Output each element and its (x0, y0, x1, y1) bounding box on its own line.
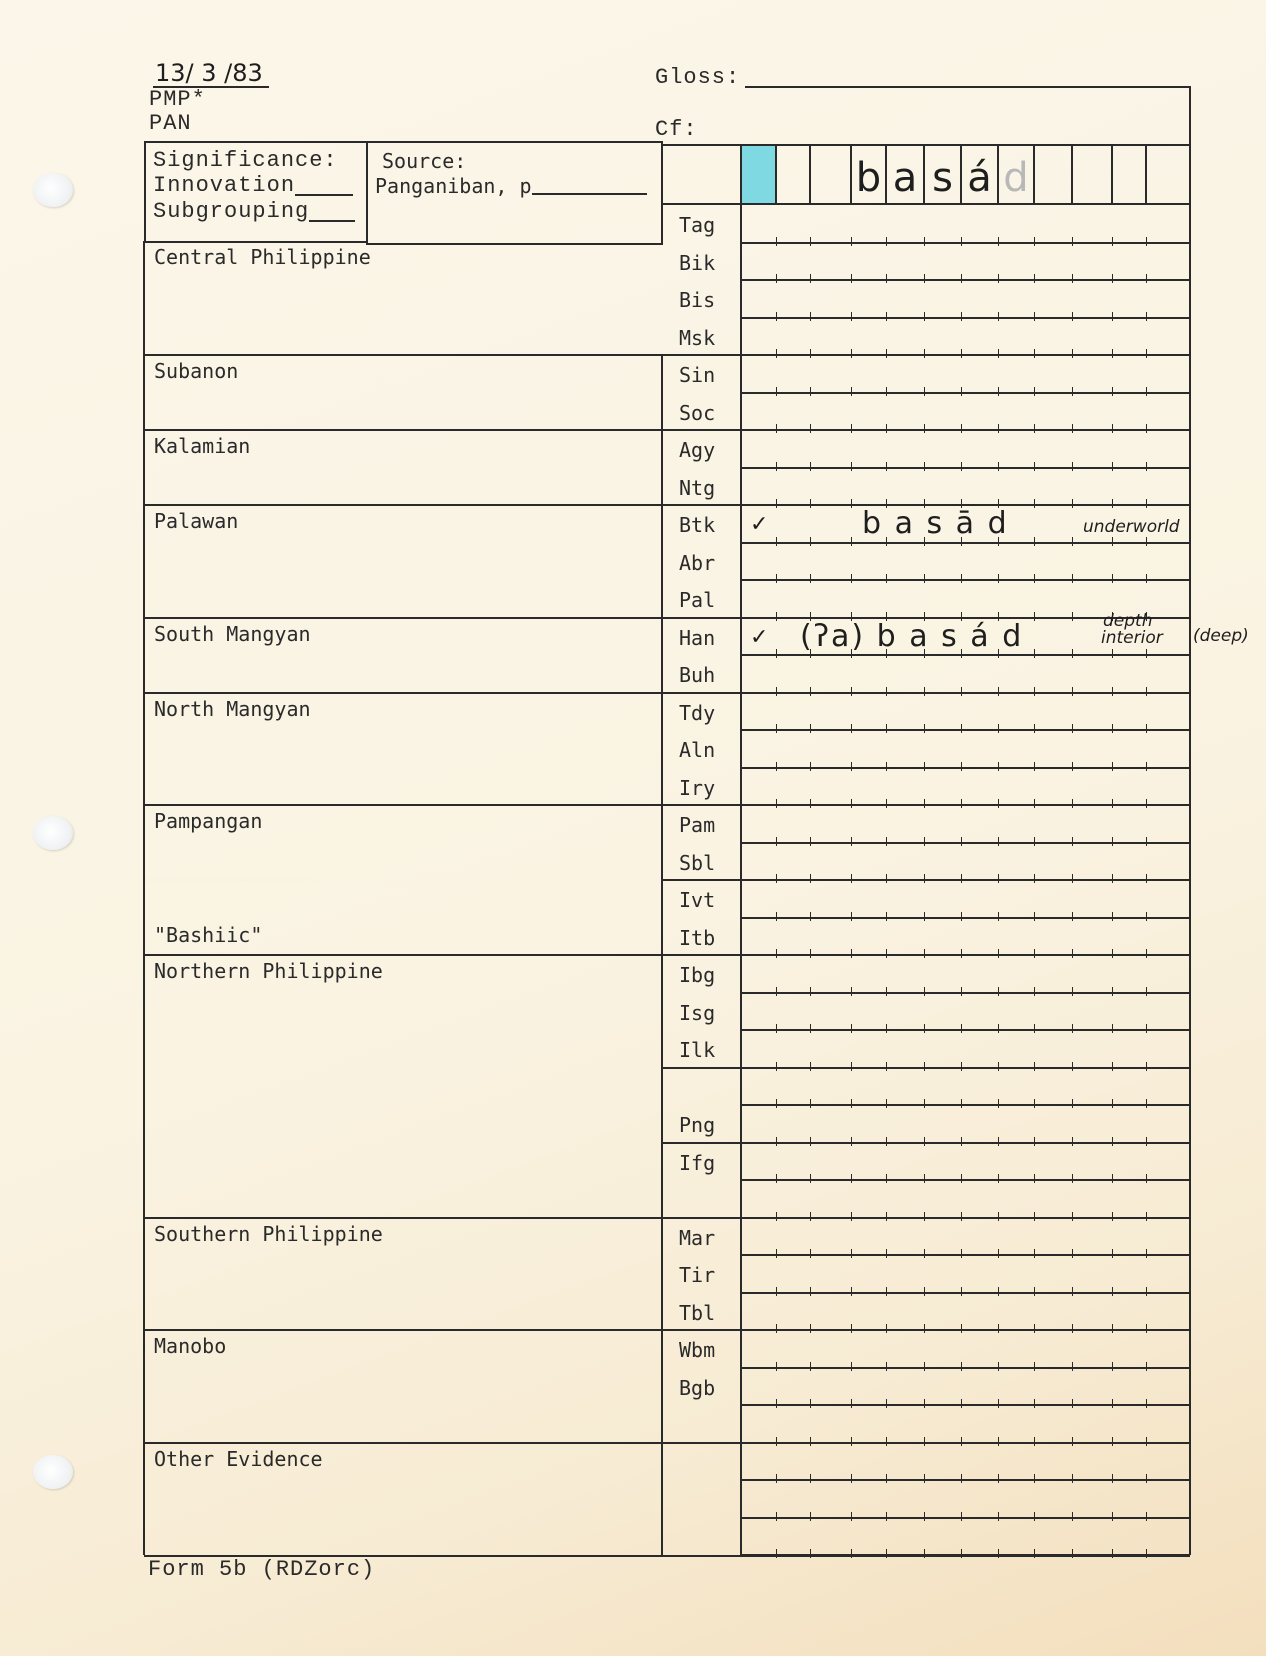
row-tick (776, 274, 777, 283)
row-tick (961, 799, 962, 808)
row-tick (1072, 1024, 1073, 1033)
row-tick (851, 874, 852, 883)
row-tick (1034, 1212, 1035, 1221)
row-tick (810, 424, 811, 433)
row-tick (961, 462, 962, 471)
row-tick (1034, 1362, 1035, 1371)
source-field[interactable]: Panganiban, p (375, 174, 647, 198)
row-tick (776, 1512, 777, 1521)
row-tick (851, 1512, 852, 1521)
group-divider (144, 804, 741, 806)
row-tick (1034, 649, 1035, 658)
code-column-divider (661, 618, 663, 693)
row-tick (998, 1287, 999, 1296)
code-subdivider (662, 1142, 741, 1144)
row-tick (924, 1549, 925, 1558)
row-tick (1034, 724, 1035, 733)
entry-row-line (741, 954, 1190, 956)
row-tick (998, 949, 999, 958)
row-tick (1112, 687, 1113, 696)
row-tick (1146, 462, 1147, 471)
row-tick (776, 912, 777, 921)
row-tick (961, 274, 962, 283)
row-tick (810, 1474, 811, 1483)
row-tick (1072, 237, 1073, 246)
row-tick (961, 912, 962, 921)
row-tick (810, 1362, 811, 1371)
row-tick (1112, 1212, 1113, 1221)
row-tick (886, 1399, 887, 1408)
row-tick (1146, 1137, 1147, 1146)
row-tick (1146, 1474, 1147, 1483)
entry-row-line (741, 279, 1190, 281)
row-tick (924, 987, 925, 996)
source-page-blank[interactable] (532, 193, 647, 195)
row-tick (810, 1399, 811, 1408)
row-tick (1034, 687, 1035, 696)
row-tick (998, 762, 999, 771)
row-tick (886, 1212, 887, 1221)
row-tick (924, 1287, 925, 1296)
row-tick (1072, 1249, 1073, 1258)
row-tick (998, 1024, 999, 1033)
row-tick (810, 574, 811, 583)
row-tick (1146, 499, 1147, 508)
row-tick (998, 724, 999, 733)
entry-row-line (741, 242, 1190, 244)
row-tick (1072, 312, 1073, 321)
row-tick (1112, 462, 1113, 471)
row-tick (1146, 1174, 1147, 1183)
row-tick (961, 987, 962, 996)
row-tick (1146, 1024, 1147, 1033)
significance-title: Significance: (153, 149, 338, 173)
row-tick (776, 537, 777, 546)
row-tick (1112, 1137, 1113, 1146)
row-tick (851, 312, 852, 321)
row-tick (810, 799, 811, 808)
row-tick (851, 1287, 852, 1296)
entry-row-line (741, 1517, 1190, 1519)
hole-punch-top (33, 173, 73, 207)
row-tick (1146, 1399, 1147, 1408)
row-tick (886, 1362, 887, 1371)
row-tick (1146, 1437, 1147, 1446)
entry-row-line (741, 1479, 1190, 1481)
row-tick (1072, 874, 1073, 883)
language-code: Ivt (679, 888, 715, 912)
entry-row-line (741, 692, 1190, 694)
row-tick (1034, 1287, 1035, 1296)
row-tick (886, 1512, 887, 1521)
row-tick (961, 237, 962, 246)
reconstruction-letter: á (961, 158, 998, 198)
innovation-label: Innovation (153, 174, 295, 198)
merged-cell-mask (145, 878, 661, 882)
row-tick (1034, 912, 1035, 921)
row-tick (1146, 1062, 1147, 1071)
row-tick (961, 1287, 962, 1296)
row-tick (1112, 949, 1113, 958)
row-tick (810, 1062, 811, 1071)
row-tick (851, 387, 852, 396)
row-tick (924, 1512, 925, 1521)
row-tick (924, 387, 925, 396)
row-tick (851, 799, 852, 808)
row-tick (1112, 987, 1113, 996)
group-divider (144, 1329, 741, 1331)
language-code: Aln (679, 738, 715, 762)
row-tick (1112, 499, 1113, 508)
row-tick (1112, 799, 1113, 808)
row-tick (851, 949, 852, 958)
row-tick (810, 387, 811, 396)
row-tick (1072, 499, 1073, 508)
row-tick (1146, 874, 1147, 883)
subgrouping-field[interactable]: Subgrouping (153, 200, 355, 224)
row-tick (1034, 1549, 1035, 1558)
row-tick (1112, 1437, 1113, 1446)
check-mark: ✓ (750, 626, 768, 650)
row-tick (1112, 912, 1113, 921)
row-tick (1034, 312, 1035, 321)
row-tick (776, 462, 777, 471)
row-tick (924, 424, 925, 433)
row-tick (1072, 1512, 1073, 1521)
row-tick (998, 312, 999, 321)
language-code: Pal (679, 588, 715, 612)
gloss-field[interactable] (745, 64, 1190, 88)
row-tick (1072, 349, 1073, 358)
row-tick (1072, 1212, 1073, 1221)
row-tick (886, 1437, 887, 1446)
row-tick (851, 1062, 852, 1071)
entry-row-line (741, 992, 1190, 994)
row-tick (851, 237, 852, 246)
language-code: Ifg (679, 1151, 715, 1175)
row-tick (1034, 1437, 1035, 1446)
row-tick (1034, 1474, 1035, 1483)
row-tick (1112, 537, 1113, 546)
row-tick (776, 387, 777, 396)
source-label: Source: (382, 149, 466, 173)
row-tick (961, 1174, 962, 1183)
proto-level-pan: PAN (149, 112, 192, 136)
row-tick (1034, 1324, 1035, 1333)
row-tick (1112, 1512, 1113, 1521)
group-divider (144, 429, 741, 431)
row-tick (924, 462, 925, 471)
entry-row-line (741, 542, 1190, 544)
row-tick (810, 1549, 811, 1558)
row-tick (776, 987, 777, 996)
row-tick (851, 537, 852, 546)
row-tick (961, 1249, 962, 1258)
row-tick (998, 1099, 999, 1108)
row-tick (810, 349, 811, 358)
group-name: Manobo (154, 1334, 226, 1358)
row-tick (998, 912, 999, 921)
row-tick (776, 799, 777, 808)
entry-row-line (741, 1217, 1190, 1219)
row-tick (1146, 1099, 1147, 1108)
row-tick (1072, 537, 1073, 546)
row-tick (1146, 274, 1147, 283)
group-divider (144, 1442, 741, 1444)
cf-label: Cf: (655, 118, 698, 142)
group-name: Subanon (154, 359, 238, 383)
row-tick (886, 387, 887, 396)
row-tick (886, 1174, 887, 1183)
row-tick (851, 687, 852, 696)
row-tick (1146, 912, 1147, 921)
row-tick (851, 574, 852, 583)
group-name: Southern Philippine (154, 1222, 383, 1246)
row-tick (886, 274, 887, 283)
row-tick (810, 837, 811, 846)
row-tick (1072, 1362, 1073, 1371)
row-tick (924, 1399, 925, 1408)
row-tick (1112, 837, 1113, 846)
cognate-gloss: interior (1101, 629, 1163, 647)
entry-row-line (741, 729, 1190, 731)
row-tick (961, 1437, 962, 1446)
row-tick (961, 1062, 962, 1071)
row-tick (924, 1062, 925, 1071)
row-tick (886, 424, 887, 433)
row-tick (776, 649, 777, 658)
innovation-blank[interactable] (295, 194, 353, 196)
entry-row-line (741, 1142, 1190, 1144)
row-tick (1072, 1287, 1073, 1296)
row-tick (924, 1362, 925, 1371)
row-tick (1034, 1512, 1035, 1521)
row-tick (1146, 537, 1147, 546)
row-tick (886, 1024, 887, 1033)
row-tick (810, 687, 811, 696)
row-tick (1034, 799, 1035, 808)
row-tick (1034, 1174, 1035, 1183)
row-tick (886, 912, 887, 921)
row-tick (961, 1362, 962, 1371)
row-tick (1112, 649, 1113, 658)
row-tick (1146, 1249, 1147, 1258)
group-name: Central Philippine (154, 245, 371, 269)
row-tick (1112, 1062, 1113, 1071)
row-tick (924, 1024, 925, 1033)
row-tick (961, 762, 962, 771)
row-tick (1072, 987, 1073, 996)
row-tick (1146, 799, 1147, 808)
row-tick (886, 1474, 887, 1483)
row-tick (776, 574, 777, 583)
row-tick (776, 1024, 777, 1033)
row-tick (924, 762, 925, 771)
row-tick (776, 1062, 777, 1071)
row-tick (776, 724, 777, 733)
cognate-form: b a s ā d (862, 507, 1009, 541)
language-code: Han (679, 626, 715, 650)
row-tick (1112, 237, 1113, 246)
row-tick (810, 912, 811, 921)
code-column-divider (661, 1330, 663, 1443)
code-column-divider (661, 1443, 663, 1556)
row-tick (1034, 387, 1035, 396)
row-tick (776, 1249, 777, 1258)
row-tick (776, 1549, 777, 1558)
row-tick (998, 687, 999, 696)
language-code: Bis (679, 288, 715, 312)
row-tick (810, 537, 811, 546)
code-column-divider (661, 880, 663, 955)
cognate-gloss: underworld (1083, 517, 1180, 537)
row-tick (776, 1324, 777, 1333)
row-tick (886, 1287, 887, 1296)
row-tick (886, 987, 887, 996)
row-tick (886, 574, 887, 583)
row-tick (1112, 1474, 1113, 1483)
row-tick (776, 312, 777, 321)
row-tick (998, 1399, 999, 1408)
row-tick (1112, 874, 1113, 883)
reconstruction-letter: b (851, 158, 886, 198)
row-tick (1146, 1549, 1147, 1558)
entry-row-line (741, 317, 1190, 319)
row-tick (1034, 1399, 1035, 1408)
row-tick (1072, 649, 1073, 658)
row-tick (924, 1212, 925, 1221)
code-subdivider (662, 1067, 741, 1069)
row-tick (961, 1474, 962, 1483)
row-tick (851, 1099, 852, 1108)
entry-row-line (741, 1067, 1190, 1069)
innovation-field[interactable]: Innovation (153, 174, 353, 198)
code-column-divider (661, 1218, 663, 1331)
row-tick (1146, 949, 1147, 958)
row-tick (961, 1024, 962, 1033)
row-tick (776, 1174, 777, 1183)
language-code: Btk (679, 513, 715, 537)
row-tick (851, 1174, 852, 1183)
row-tick (1034, 1137, 1035, 1146)
source-value: Panganiban, p (375, 174, 532, 198)
group-divider (144, 954, 741, 956)
group-name: Pampangan (154, 809, 262, 833)
reconstruction-letter: s (924, 158, 961, 198)
subgrouping-label: Subgrouping (153, 200, 309, 224)
row-tick (851, 499, 852, 508)
row-tick (886, 799, 887, 808)
row-tick (961, 1549, 962, 1558)
row-tick (810, 1249, 811, 1258)
row-tick (998, 237, 999, 246)
language-code: Itb (679, 926, 715, 950)
cell-divider (740, 144, 742, 204)
row-tick (1034, 1062, 1035, 1071)
language-code: Sin (679, 363, 715, 387)
row-tick (886, 1099, 887, 1108)
group-divider (144, 617, 741, 619)
row-tick (810, 462, 811, 471)
row-tick (961, 949, 962, 958)
row-tick (1072, 274, 1073, 283)
entry-row-line (741, 767, 1190, 769)
language-code: Wbm (679, 1338, 715, 1362)
row-tick (1072, 912, 1073, 921)
row-tick (998, 1174, 999, 1183)
row-tick (886, 687, 887, 696)
row-tick (1034, 837, 1035, 846)
row-tick (851, 1249, 852, 1258)
row-tick (810, 1099, 811, 1108)
row-tick (810, 1324, 811, 1333)
row-tick (810, 1212, 811, 1221)
row-tick (851, 274, 852, 283)
entry-row-line (741, 917, 1190, 919)
row-tick (810, 237, 811, 246)
row-tick (886, 1137, 887, 1146)
language-code: Tdy (679, 701, 715, 725)
row-tick (998, 1549, 999, 1558)
row-tick (1112, 312, 1113, 321)
row-tick (1146, 687, 1147, 696)
row-tick (998, 1062, 999, 1071)
entry-row-line (741, 1329, 1190, 1331)
language-code: Ilk (679, 1038, 715, 1062)
subgrouping-blank[interactable] (309, 220, 355, 222)
row-tick (1072, 1399, 1073, 1408)
row-tick (961, 387, 962, 396)
row-tick (1146, 762, 1147, 771)
row-tick (924, 312, 925, 321)
row-tick (1146, 1212, 1147, 1221)
row-tick (810, 762, 811, 771)
group-name: Other Evidence (154, 1447, 323, 1471)
row-tick (1072, 949, 1073, 958)
gloss-right-edge (1189, 86, 1191, 146)
row-tick (776, 1287, 777, 1296)
row-tick (1112, 424, 1113, 433)
row-tick (776, 1099, 777, 1108)
row-tick (1146, 837, 1147, 846)
language-code: Iry (679, 776, 715, 800)
row-tick (1072, 1062, 1073, 1071)
entry-row-line (741, 354, 1190, 356)
group-divider (144, 1217, 741, 1219)
row-tick (851, 987, 852, 996)
row-tick (1034, 762, 1035, 771)
row-tick (1112, 724, 1113, 733)
row-tick (998, 574, 999, 583)
row-tick (776, 499, 777, 508)
row-tick (924, 949, 925, 958)
row-tick (961, 1099, 962, 1108)
entry-row-line (741, 429, 1190, 431)
row-tick (924, 274, 925, 283)
row-tick (886, 1249, 887, 1258)
language-code: Tir (679, 1263, 715, 1287)
row-tick (998, 349, 999, 358)
row-tick (924, 1137, 925, 1146)
row-tick (961, 724, 962, 733)
row-tick (1034, 462, 1035, 471)
row-tick (924, 574, 925, 583)
row-tick (851, 912, 852, 921)
row-tick (998, 1212, 999, 1221)
row-tick (1072, 799, 1073, 808)
row-tick (851, 762, 852, 771)
row-tick (924, 687, 925, 696)
